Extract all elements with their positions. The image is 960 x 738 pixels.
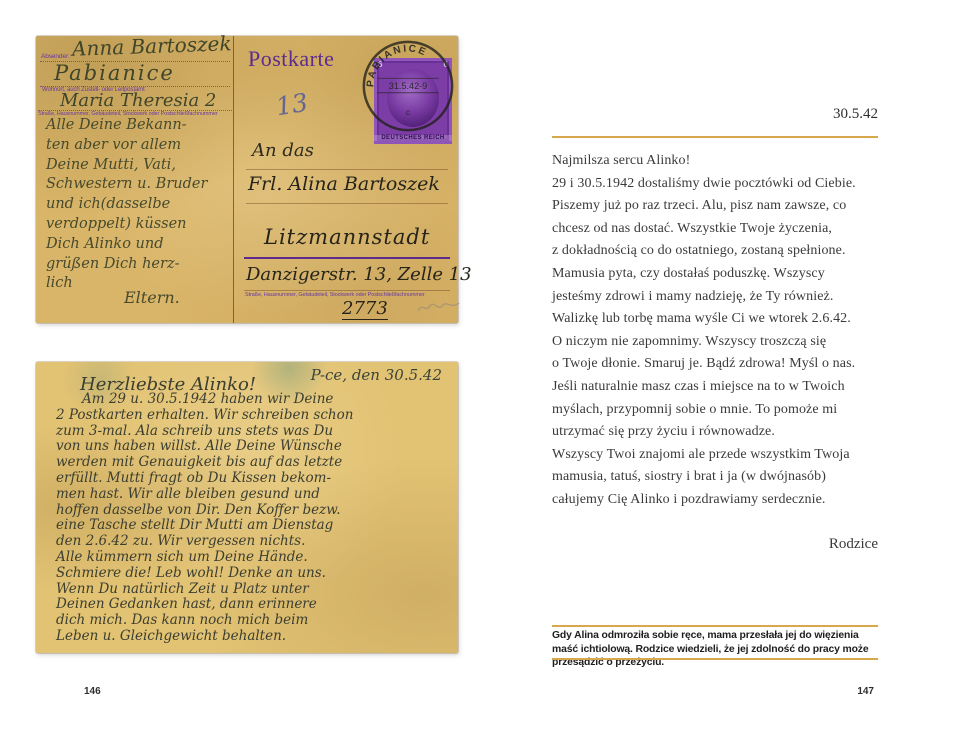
message-line: und ich(dasselbe <box>46 195 246 215</box>
body-line: Walizkę lub torbę mama wyśle Ci we wtore… <box>552 308 892 331</box>
city-underline <box>244 257 450 259</box>
body-line: mamusia, tatuś, siostry i brat i ja (w d… <box>552 466 892 489</box>
message-line: von uns haben willst. Alle Deine Wünsche <box>56 439 456 455</box>
footnote-text: Gdy Alina odmroziła sobie ręce, mama prz… <box>552 629 880 670</box>
body-line: O niczym nie zapomnimy. Wszyscy troszczą… <box>552 331 892 354</box>
message-line: verdoppelt) küssen <box>46 215 246 235</box>
message-signature: Eltern. <box>124 288 180 307</box>
dateline-handwriting: P-ce, den 30.5.42 <box>311 366 442 384</box>
message-line: Wenn Du natürlich Zeit u Platz unter <box>56 582 456 598</box>
postmark-circle: PABIANICE 31.5.42-9 c <box>360 38 456 134</box>
message-line: Dich Alinko und <box>46 235 246 255</box>
body-line: o Twoje dłonie. Smaruj je. Bądź zdrowa! … <box>552 353 892 376</box>
date-rule <box>552 136 878 138</box>
message-line: werden mit Genauigkeit bis auf das letzt… <box>56 455 456 471</box>
pencil-number: 13 <box>274 88 310 122</box>
body-line: chcesz od nas dostać. Wszystkie Twoje ży… <box>552 218 892 241</box>
message-line: Deinen Gedanken hast, dann erinnere <box>56 597 456 613</box>
message-line: zum 3-mal. Ala schreib uns stets was Du <box>56 424 456 440</box>
translation-body: Najmilsza sercu Alinko!29 i 30.5.1942 do… <box>552 150 892 512</box>
message-line: dich mich. Das kann noch mich beim <box>56 613 456 629</box>
address-rule <box>244 290 450 291</box>
book-spread: Absender: Anna Bartoszek Pabianice Wohno… <box>0 0 960 738</box>
message-line: Schmiere die! Leb wohl! Denke an uns. <box>56 566 456 582</box>
pencil-signature-mark <box>416 298 462 316</box>
letter-signature: Rodzice <box>552 536 878 553</box>
postcard-message: Alle Deine Bekann-ten aber vor allemDein… <box>46 116 246 294</box>
footnote-rule-bottom <box>552 658 878 660</box>
page-number-right: 147 <box>552 686 874 697</box>
an-das-handwriting: An das <box>252 140 314 161</box>
message-line: hoffen dasselbe von Dir. Den Koffer bezw… <box>56 503 456 519</box>
message-line: Deine Mutti, Vati, <box>46 156 246 176</box>
message-line: Schwestern u. Bruder <box>46 175 246 195</box>
footnote-rule-top <box>552 625 878 627</box>
body-line: Wszyscy Twoi znajomi ale przede wszystki… <box>552 444 892 467</box>
body-line: Piszemy już po raz trzeci. Alu, pisz nam… <box>552 195 892 218</box>
body-line: Mamusia pyta, czy dostałaś poduszkę. Wsz… <box>552 263 892 286</box>
message-line: eine Tasche stellt Dir Mutti am Dienstag <box>56 518 456 534</box>
postkarte-title: Postkarte <box>248 46 334 72</box>
postmark-letter-text: c <box>406 107 411 117</box>
message-line: grüßen Dich herz- <box>46 255 246 275</box>
sender-street-handwriting: Maria Theresia 2 <box>60 90 216 111</box>
message-line: 2 Postkarten erhalten. Wir schreiben sch… <box>56 408 456 424</box>
message-line: ten aber vor allem <box>46 136 246 156</box>
address-rule <box>246 203 448 204</box>
message-line: den 2.6.42 zu. Wir vergessen nichts. <box>56 534 456 550</box>
prisoner-number-handwriting: 2773 <box>342 298 388 320</box>
body-line: myślach, przypomnij sobie o mnie. To pom… <box>552 399 892 422</box>
message-line: Alle Deine Bekann- <box>46 116 246 136</box>
body-line: Jeśli naturalnie masz czas i miejsce na … <box>552 376 892 399</box>
sender-name-handwriting: Anna Bartoszek <box>72 31 232 61</box>
body-line: utrzymać się przy życiu i równowadze. <box>552 421 892 444</box>
message-line: Am 29 u. 30.5.1942 haben wir Deine <box>82 392 456 408</box>
postcard-back-message: Am 29 u. 30.5.1942 haben wir Deine2 Post… <box>56 392 456 645</box>
message-line: Alle kümmern sich um Deine Hände. <box>56 550 456 566</box>
addressee-handwriting: Frl. Alina Bartoszek <box>248 173 440 195</box>
postcard-front-scan: Absender: Anna Bartoszek Pabianice Wohno… <box>36 36 458 323</box>
postcard-back-scan: P-ce, den 30.5.42 Herzliebste Alinko! Am… <box>36 362 458 653</box>
message-line: erfüllt. Mutti fragt ob Du Kissen bekom- <box>56 471 456 487</box>
street-handwriting: Danzigerstr. 13, Zelle 13 <box>246 264 472 285</box>
body-line: całujemy Cię Alinko i pozdrawiamy serdec… <box>552 489 892 512</box>
body-line: Najmilsza sercu Alinko! <box>552 150 892 173</box>
absender-label: Absender: <box>41 53 70 60</box>
message-line: Leben u. Gleichgewicht behalten. <box>56 629 456 645</box>
page-number-left: 146 <box>84 686 101 697</box>
body-line: jesteśmy zdrowi i mamy nadzieję, że Ty r… <box>552 286 892 309</box>
body-line: z dokładnością co do ostatniego, zostaną… <box>552 240 892 263</box>
body-line: 29 i 30.5.1942 dostaliśmy dwie pocztówki… <box>552 173 892 196</box>
address-rule <box>246 169 448 170</box>
message-line: men hast. Wir alle bleiben gesund und <box>56 487 456 503</box>
letter-date: 30.5.42 <box>552 106 878 123</box>
sender-city-handwriting: Pabianice <box>54 61 175 85</box>
stamp-country-text: DEUTSCHES REICH <box>374 135 452 141</box>
postmark-date-text: 31.5.42-9 <box>389 81 428 91</box>
strasse-label-2: Straße, Hausnummer, Gebäudeteil, Stockwe… <box>245 292 425 298</box>
city-handwriting: Litzmannstadt <box>264 225 430 249</box>
